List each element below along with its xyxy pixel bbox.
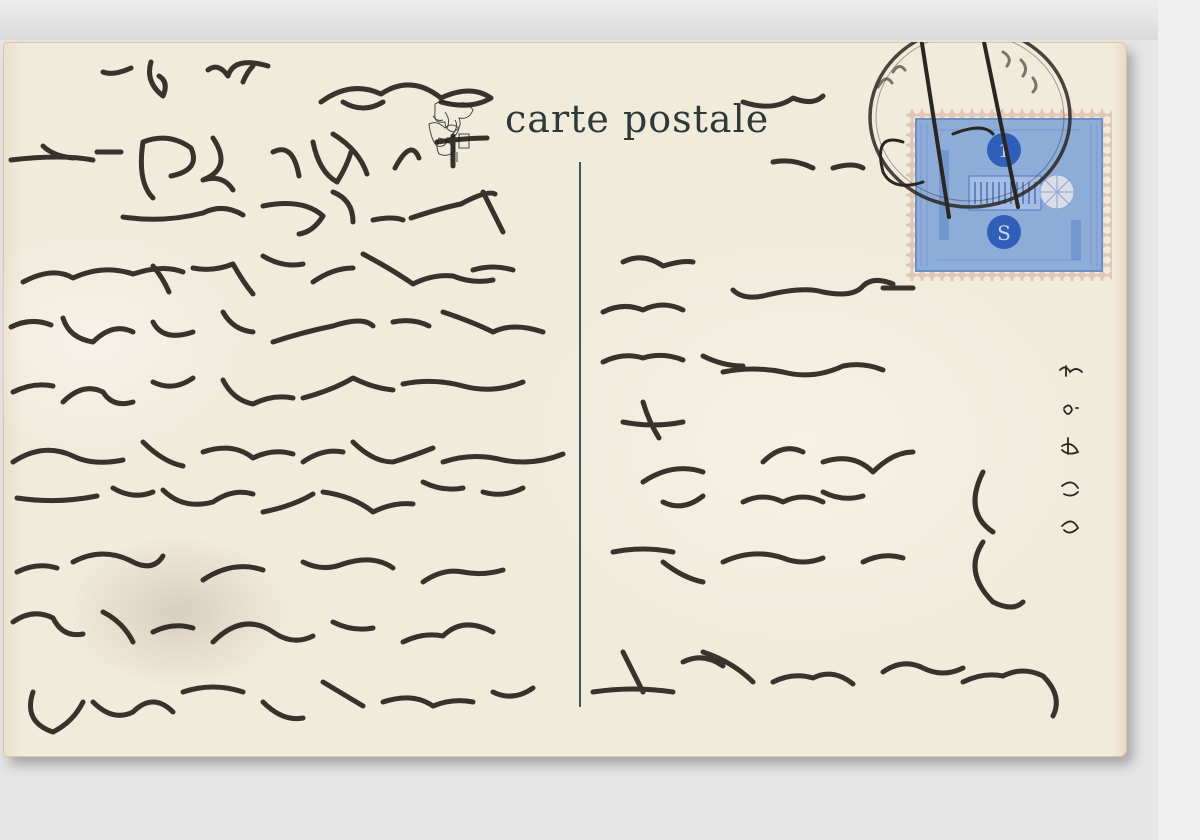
scan-background-top xyxy=(0,0,1158,40)
postcard: carte postale 1 S xyxy=(3,42,1127,757)
small-annotation xyxy=(1056,360,1086,560)
handwritten-message xyxy=(3,42,1127,757)
scan-background-right-strip xyxy=(1158,0,1200,840)
